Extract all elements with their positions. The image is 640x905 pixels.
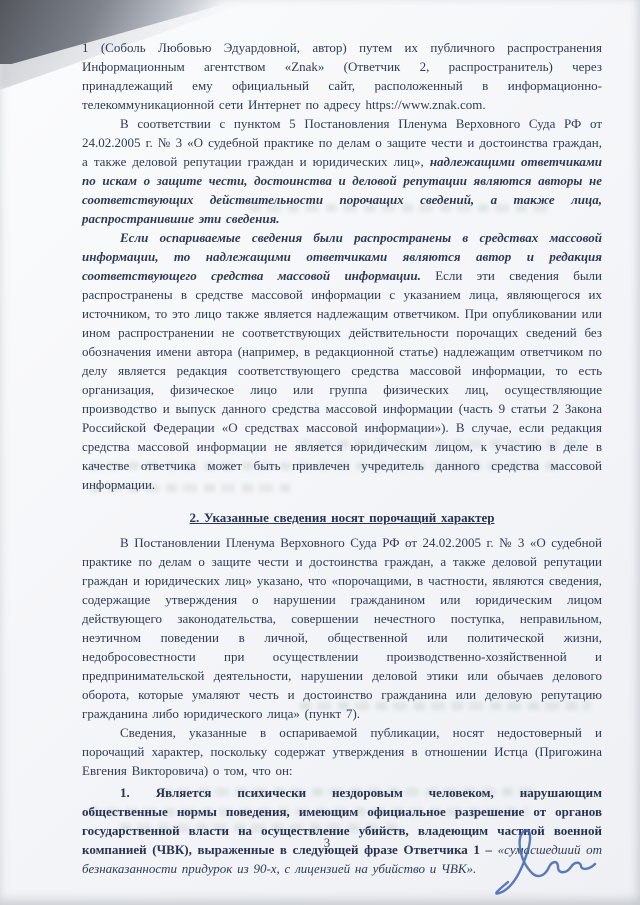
paragraph: Если оспариваемые сведения были распрост… (82, 228, 602, 494)
paragraph: В Постановлении Пленума Верховного Суда … (82, 533, 602, 723)
paragraph-text: В Постановлении Пленума Верховного Суда … (82, 535, 602, 721)
paragraph: В соответствии с пунктом 5 Постановления… (82, 114, 602, 228)
paragraph-text: Если эти сведения были распространены в … (82, 268, 602, 492)
handwritten-signature (478, 816, 618, 901)
paragraph-continuation: 1 (Соболь Любовью Эдуардовной, автор) пу… (82, 38, 602, 114)
paragraph-text: Сведения, указанные в оспариваемой публи… (82, 725, 602, 778)
list-item-number: 1. (120, 785, 130, 800)
paragraph: Сведения, указанные в оспариваемой публи… (82, 723, 602, 780)
document-body-text: 1 (Соболь Любовью Эдуардовной, автор) пу… (82, 38, 602, 878)
scanned-document-page: 1 (Соболь Любовью Эдуардовной, автор) пу… (0, 0, 640, 905)
section-heading: 2. Указанные сведения носят порочащий ха… (82, 508, 602, 527)
paragraph-text: 1 (Соболь Любовью Эдуардовной, автор) пу… (82, 40, 602, 112)
